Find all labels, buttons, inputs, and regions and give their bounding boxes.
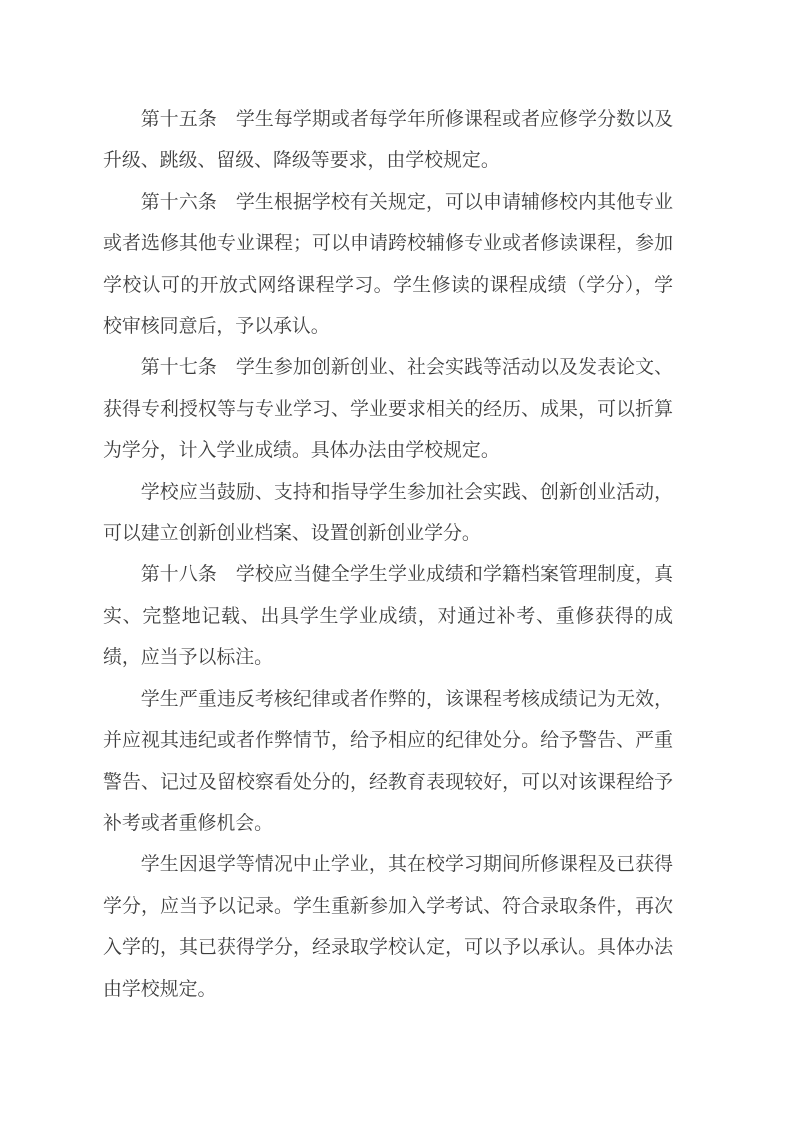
paragraph-article-16: 第十六条 学生根据学校有关规定，可以申请辅修校内其他专业或者选修其他专业课程；可… [103,182,673,348]
paragraph-article-15: 第十五条 学生每学期或者每学年所修课程或者应修学分数以及升级、跳级、留级、降级等… [103,99,673,182]
paragraph-article-18-discipline: 学生严重违反考核纪律或者作弊的，该课程考核成绩记为无效，并应视其违纪或者作弊情节… [103,679,673,845]
paragraph-article-17: 第十七条 学生参加创新创业、社会实践等活动以及发表论文、获得专利授权等与专业学习… [103,347,673,471]
paragraph-article-18-withdrawal: 学生因退学等情况中止学业，其在校学习期间所修课程及已获得学分，应当予以记录。学生… [103,844,673,1010]
document-page: 第十五条 学生每学期或者每学年所修课程或者应修学分数以及升级、跳级、留级、降级等… [0,0,793,1010]
paragraph-article-17-supplement: 学校应当鼓励、支持和指导学生参加社会实践、创新创业活动，可以建立创新创业档案、设… [103,472,673,555]
paragraph-article-18: 第十八条 学校应当健全学生学业成绩和学籍档案管理制度，真实、完整地记载、出具学生… [103,554,673,678]
